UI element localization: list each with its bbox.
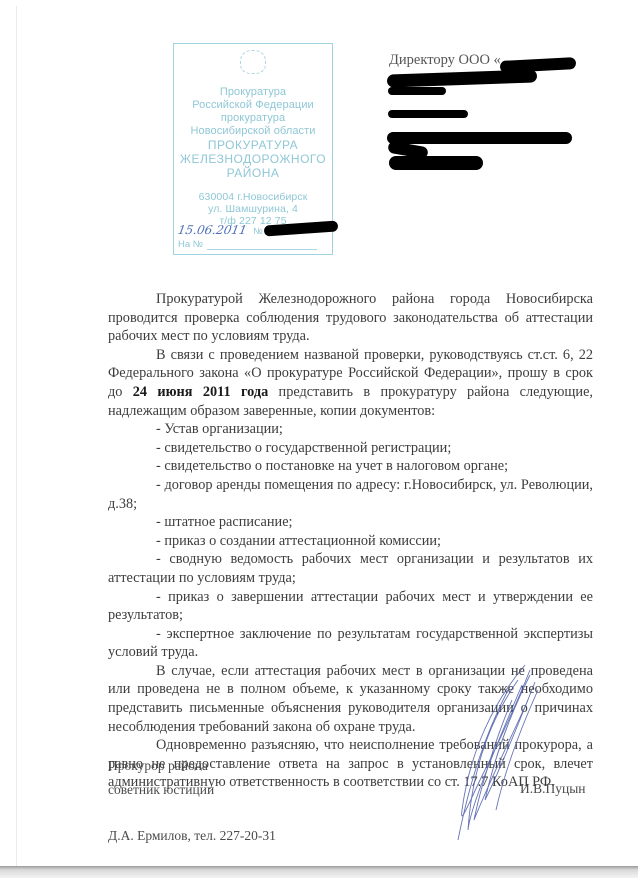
redaction (387, 69, 537, 87)
stamp-na-line (207, 249, 317, 250)
stamp-na-label: На № (178, 239, 203, 250)
stamp-number-label: № (253, 226, 263, 236)
deadline: 24 июня 2011 года (133, 384, 268, 400)
stamp-date: 15.06.2011 (177, 223, 248, 237)
list-item: - договор аренды помещения по адресу: г.… (108, 476, 593, 513)
list-item: - экспертное заключение по результатам г… (108, 625, 593, 662)
stamp-address: ул. Шамшурина, 4 (174, 203, 332, 215)
list-item: - штатное расписание; (108, 513, 593, 532)
stamp-address: 630004 г.Новосибирск (174, 191, 332, 203)
list-item: - сводную ведомость рабочих мест организ… (108, 550, 593, 587)
list-item: - свидетельство о государственной регист… (108, 439, 593, 458)
paragraph-request: В связи с проведением названой проверки,… (108, 346, 593, 420)
list-item: - приказ о создании аттестационной комис… (108, 532, 593, 551)
stamp-line: ЖЕЛЕЗНОДОРОЖНОГО (174, 152, 332, 166)
prosecutor-stamp: Прокуратура Российской Федерации прокура… (173, 43, 333, 255)
page-bottom-edge (0, 866, 638, 878)
list-item: - свидетельство о постановке на учет в н… (108, 457, 593, 476)
stamp-line: прокуратура (174, 112, 332, 125)
redaction (264, 220, 339, 236)
redaction (388, 110, 468, 118)
signature-scribble-icon (400, 660, 560, 860)
redaction (387, 132, 572, 144)
stamp-line: ПРОКУРАТУРА (174, 138, 332, 152)
stamp-line: РАЙОНА (174, 166, 332, 180)
coat-of-arms-icon (240, 50, 266, 74)
stamp-na-row: На № (178, 239, 317, 250)
signatory-name: И.В.Пуцын (520, 781, 586, 797)
stamp-line: Прокуратура (174, 86, 332, 99)
stamp-line: Российской Федерации (174, 99, 332, 112)
stamp-date-row: 15.06.2011 № (178, 221, 353, 235)
stamp-line: Новосибирской области (174, 125, 332, 138)
redaction (388, 87, 446, 95)
signature-rank: советник юстиции (108, 782, 214, 798)
list-item: - приказ о завершении аттестации рабочих… (108, 588, 593, 625)
signature-title: Прокурор района (108, 758, 208, 774)
redaction (389, 156, 483, 170)
page-edge (16, 6, 17, 866)
executor-contact: Д.А. Ермилов, тел. 227-20-31 (108, 828, 276, 844)
list-item: - Устав организации; (108, 420, 593, 439)
paragraph: Прокуратурой Железнодорожного района гор… (108, 290, 593, 346)
